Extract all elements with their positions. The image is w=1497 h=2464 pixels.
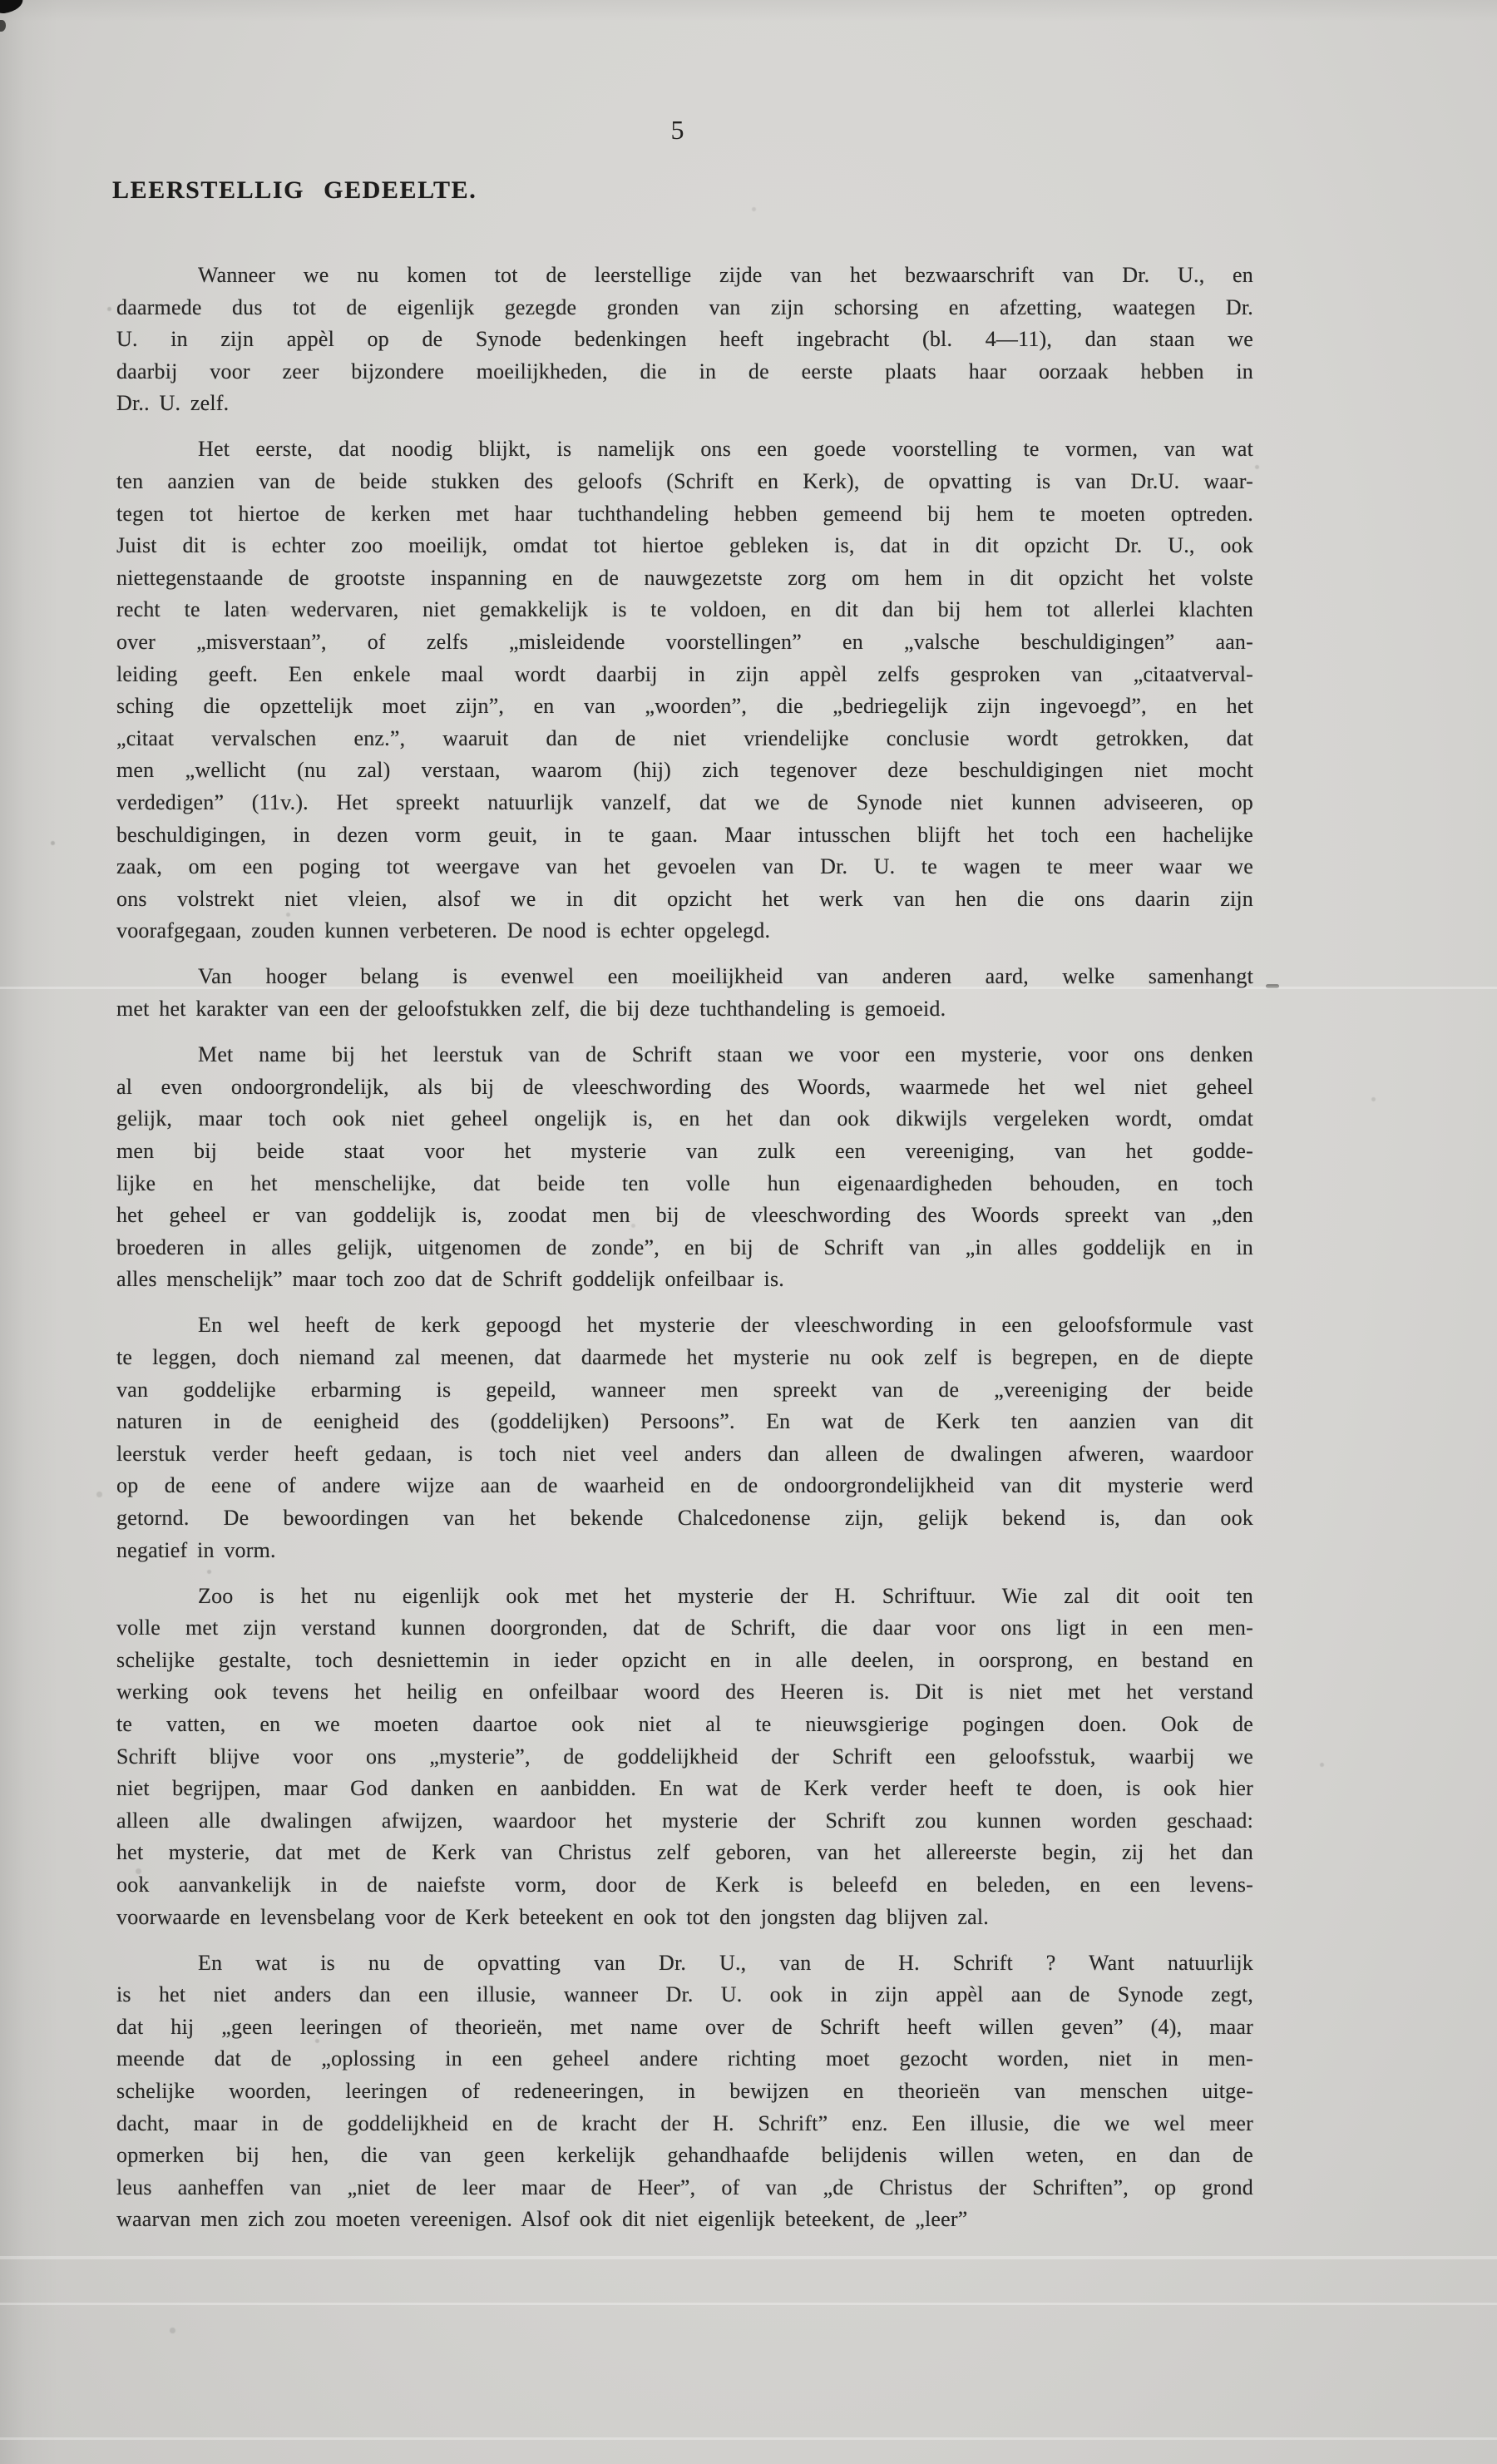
text-line: Met name bij het leerstuk van de Schrift… bbox=[116, 1039, 1253, 1071]
text-line: gelijk, maar toch ook niet geheel ongeli… bbox=[116, 1103, 1253, 1136]
text-line: te leggen, doch niemand zal meenen, dat … bbox=[116, 1342, 1253, 1374]
paragraph: Het eerste, dat noodig blijkt, is nameli… bbox=[116, 433, 1253, 948]
scan-line-artifact bbox=[0, 2303, 1497, 2305]
text-line: Wanneer we nu komen tot de leerstellige … bbox=[116, 260, 1253, 292]
text-line: Het eerste, dat noodig blijkt, is nameli… bbox=[116, 433, 1253, 466]
text-line: meende dat de „oplossing in een geheel a… bbox=[116, 2043, 1253, 2076]
paragraph: Met name bij het leerstuk van de Schrift… bbox=[116, 1039, 1253, 1296]
text-line: tegen tot hiertoe de kerken met haar tuc… bbox=[116, 498, 1253, 531]
text-line: beschuldigingen, in dezen vorm geuit, in… bbox=[116, 819, 1253, 852]
text-line: het geheel er van goddelijk is, zoodat m… bbox=[116, 1200, 1253, 1232]
text-line: En wel heeft de kerk gepoogd het mysteri… bbox=[116, 1309, 1253, 1342]
text-line: met het karakter van een der geloofstukk… bbox=[116, 993, 1253, 1026]
text-line: daarbij voor zeer bijzondere moeilijkhed… bbox=[116, 356, 1253, 388]
text-line: niettegenstaande de grootste inspanning … bbox=[116, 562, 1253, 595]
text-line: schelijke gestalte, toch desniettemin in… bbox=[116, 1645, 1253, 1677]
text-line: alles menschelijk” maar toch zoo dat de … bbox=[116, 1264, 1253, 1296]
paragraph: Wanneer we nu komen tot de leerstellige … bbox=[116, 260, 1253, 420]
text-line: daarmede dus tot de eigenlijk gezegde gr… bbox=[116, 292, 1253, 324]
text-line: dat hij „geen leeringen of theorieën, me… bbox=[116, 2011, 1253, 2044]
ink-smudge bbox=[1266, 984, 1279, 988]
text-line: Schrift blijve voor ons „mysterie”, de g… bbox=[116, 1741, 1253, 1774]
text-line: ons volstrekt niet vleien, alsof we in d… bbox=[116, 883, 1253, 916]
text-line: dacht, maar in de goddelijkheid en de kr… bbox=[116, 2108, 1253, 2140]
paper-specks bbox=[0, 0, 2, 2]
text-line: naturen in de eenigheid des (goddelijken… bbox=[116, 1406, 1253, 1438]
scan-corner-ink-blob-small bbox=[0, 20, 6, 32]
text-line: Dr.. U. zelf. bbox=[116, 388, 1253, 420]
scan-edge-shadow-top bbox=[0, 0, 1497, 22]
text-line: broederen in alles gelijk, uitgenomen de… bbox=[116, 1232, 1253, 1264]
text-line: U. in zijn appèl op de Synode bedenkinge… bbox=[116, 324, 1253, 356]
text-line: recht te laten wedervaren, niet gemakkel… bbox=[116, 594, 1253, 626]
text-line: ook aanvankelijk in de naiefste vorm, do… bbox=[116, 1869, 1253, 1902]
body-text: Wanneer we nu komen tot de leerstellige … bbox=[116, 260, 1253, 2250]
section-heading: LEERSTELLIG GEDEELTE. bbox=[112, 176, 477, 205]
text-line: men bij beide staat voor het mysterie va… bbox=[116, 1136, 1253, 1168]
text-line: het mysterie, dat met de Kerk van Christ… bbox=[116, 1837, 1253, 1869]
text-line: zaak, om een poging tot weergave van het… bbox=[116, 851, 1253, 883]
scan-line-artifact bbox=[0, 2256, 1497, 2259]
text-line: waarvan men zich zou moeten vereenigen. … bbox=[116, 2204, 1253, 2236]
text-line: te vatten, en we moeten daartoe ook niet… bbox=[116, 1709, 1253, 1741]
paragraph: En wel heeft de kerk gepoogd het mysteri… bbox=[116, 1309, 1253, 1566]
page-number: 5 bbox=[649, 115, 707, 146]
text-line: „citaat vervalschen enz.”, waaruit dan d… bbox=[116, 723, 1253, 755]
text-line: op de eene of andere wijze aan de waarhe… bbox=[116, 1470, 1253, 1502]
text-line: alleen alle dwalingen afwijzen, waardoor… bbox=[116, 1805, 1253, 1838]
text-line: verdedigen” (11v.). Het spreekt natuurli… bbox=[116, 787, 1253, 819]
text-line: voorafgegaan, zouden kunnen verbeteren. … bbox=[116, 915, 1253, 948]
text-line: schelijke woorden, leeringen of redeneer… bbox=[116, 2076, 1253, 2108]
paragraph: En wat is nu de opvatting van Dr. U., va… bbox=[116, 1947, 1253, 2236]
text-line: over „misverstaan”, of zelfs „misleidend… bbox=[116, 626, 1253, 659]
paragraph: Van hooger belang is evenwel een moeilij… bbox=[116, 961, 1253, 1025]
text-line: volle met zijn verstand kunnen doorgrond… bbox=[116, 1612, 1253, 1645]
scan-corner-ink-blob bbox=[0, 0, 24, 14]
paragraph: Zoo is het nu eigenlijk ook met het myst… bbox=[116, 1581, 1253, 1934]
text-line: sching die opzettelijk moet zijn”, en va… bbox=[116, 690, 1253, 723]
text-line: ten aanzien van de beide stukken des gel… bbox=[116, 466, 1253, 498]
document-page: 5 LEERSTELLIG GEDEELTE. Wanneer we nu ko… bbox=[0, 0, 1497, 2464]
text-line: leus aanheffen van „niet de leer maar de… bbox=[116, 2172, 1253, 2204]
text-line: getornd. De bewoordingen van het bekende… bbox=[116, 1502, 1253, 1535]
text-line: men „wellicht (nu zal) verstaan, waarom … bbox=[116, 755, 1253, 787]
text-line: opmerken bij hen, die van geen kerkelijk… bbox=[116, 2140, 1253, 2172]
text-line: leerstuk verder heeft gedaan, is toch ni… bbox=[116, 1438, 1253, 1471]
text-line: Van hooger belang is evenwel een moeilij… bbox=[116, 961, 1253, 993]
text-line: lijke en het menschelijke, dat beide ten… bbox=[116, 1168, 1253, 1200]
text-line: Zoo is het nu eigenlijk ook met het myst… bbox=[116, 1581, 1253, 1613]
text-line: van goddelijke erbarming is gepeild, wan… bbox=[116, 1374, 1253, 1407]
scan-edge-shadow-left bbox=[0, 0, 58, 2464]
text-line: is het niet anders dan een illusie, wann… bbox=[116, 1979, 1253, 2011]
text-line: negatief in vorm. bbox=[116, 1535, 1253, 1567]
text-line: Juist dit is echter zoo moeilijk, omdat … bbox=[116, 530, 1253, 562]
text-line: leiding geeft. Een enkele maal wordt daa… bbox=[116, 659, 1253, 691]
text-line: niet begrijpen, maar God danken en aanbi… bbox=[116, 1773, 1253, 1805]
scan-line-artifact bbox=[0, 2437, 1497, 2440]
text-line: En wat is nu de opvatting van Dr. U., va… bbox=[116, 1947, 1253, 1980]
text-line: werking ook tevens het heilig en onfeilb… bbox=[116, 1676, 1253, 1709]
text-line: al even ondoorgrondelijk, als bij de vle… bbox=[116, 1071, 1253, 1104]
text-line: voorwaarde en levensbelang voor de Kerk … bbox=[116, 1902, 1253, 1934]
